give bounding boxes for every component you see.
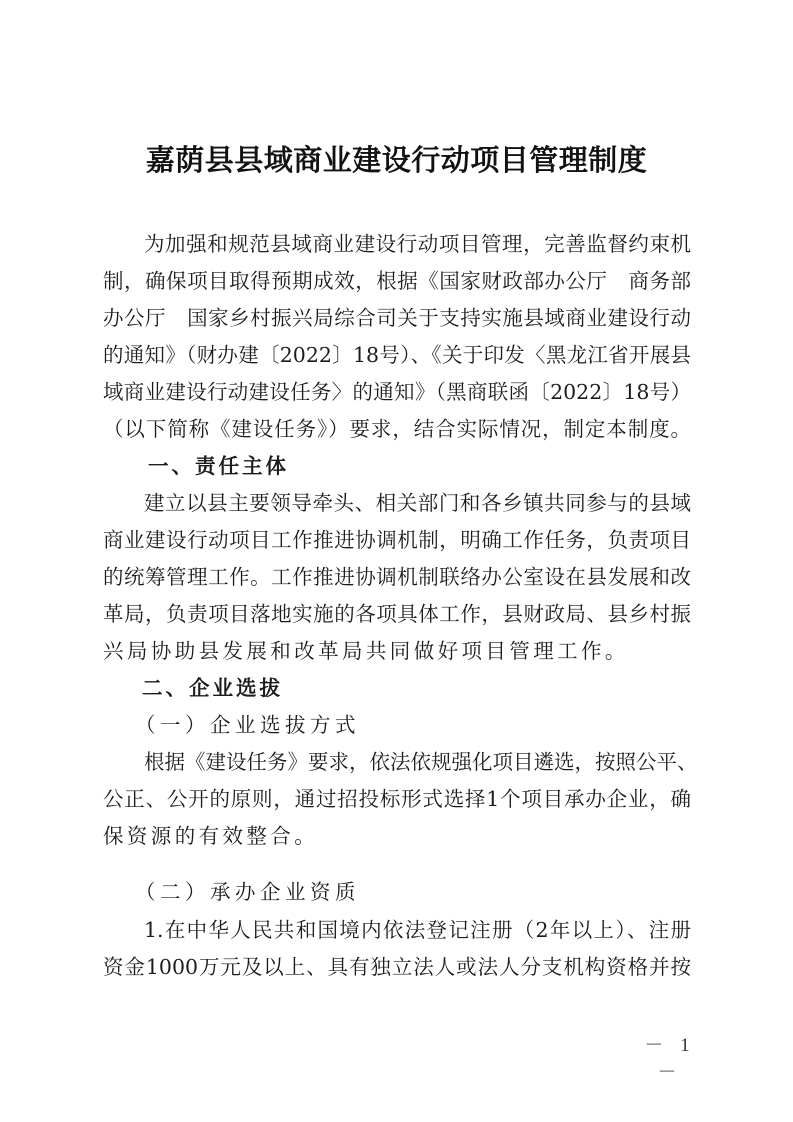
page-number: － 1 － [640, 1030, 700, 1084]
document-title: 嘉荫县县域商业建设行动项目管理制度 [0, 138, 793, 179]
section-2-1-line-1: 根据《建设任务》要求，依法依规强化项目遴选，按照公平、 [144, 748, 691, 776]
section-2-2-item-1-line-1: 1.在中华人民共和国境内依法登记注册（2年以上）、注册 [144, 916, 691, 944]
section-2-1-line-3: 保资源的有效整合。 [103, 822, 691, 850]
section-1-line-4: 革局，负责项目落地实施的各项具体工作，县财政局、县乡村振 [103, 600, 691, 628]
section-1-line-5: 兴局协助县发展和改革局共同做好项目管理工作。 [103, 637, 691, 665]
preamble-line-4: 的通知》（财办建〔2022〕18号）、《关于印发〈黑龙江省开展县 [103, 341, 691, 369]
section-2-2-heading: （二）承办企业资质 [135, 878, 535, 906]
section-1-heading: 一、责任主体 [148, 452, 448, 480]
document-page: 嘉荫县县域商业建设行动项目管理制度 为加强和规范县域商业建设行动项目管理，完善监… [0, 0, 793, 1122]
section-2-2-item-1-line-2: 资金1000万元及以上、具有独立法人或法人分支机构资格并按 [103, 953, 691, 981]
section-1-line-2: 商业建设行动项目工作推进协调机制，明确工作任务，负责项目 [103, 526, 691, 554]
preamble-line-1: 为加强和规范县域商业建设行动项目管理，完善监督约束机 [144, 230, 691, 258]
section-2-heading: 二、企业选拔 [142, 674, 442, 702]
preamble-line-5: 域商业建设行动建设任务〉的通知》（黑商联函〔2022〕18号） [103, 378, 691, 406]
preamble-line-6: （以下简称《建设任务》）要求，结合实际情况，制定本制度。 [103, 415, 691, 443]
preamble-line-2: 制，确保项目取得预期成效，根据《国家财政部办公厅 商务部 [103, 267, 691, 295]
preamble-line-3: 办公厅 国家乡村振兴局综合司关于支持实施县域商业建设行动 [103, 304, 691, 332]
section-1-line-1: 建立以县主要领导牵头、相关部门和各乡镇共同参与的县域 [144, 489, 691, 517]
section-2-1-line-2: 公正、公开的原则，通过招投标形式选择1个项目承办企业，确 [103, 785, 691, 813]
section-2-1-heading: （一）企业选拔方式 [135, 711, 535, 739]
section-1-line-3: 的统筹管理工作。工作推进协调机制联络办公室设在县发展和改 [103, 563, 691, 591]
